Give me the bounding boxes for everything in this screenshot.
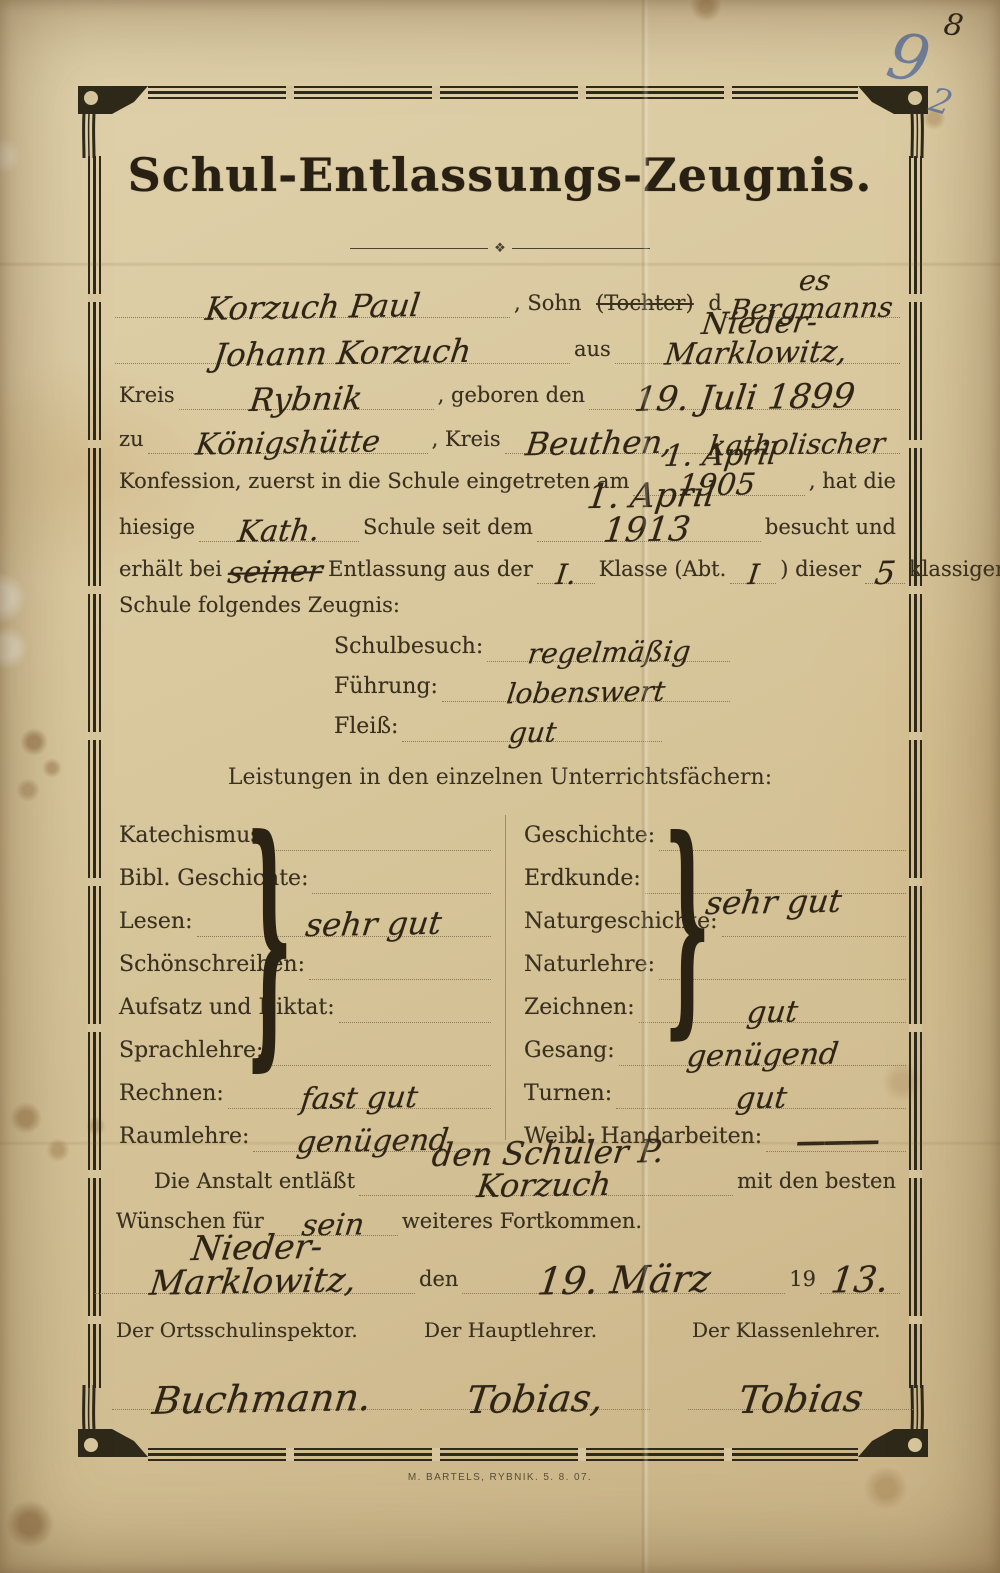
pupil-name-field: Korzuch Paul: [115, 291, 510, 318]
signature-role: Der Hauptlehrer.: [420, 1318, 650, 1345]
conduct-value-line: gut: [402, 719, 662, 742]
issue-place: Nieder-Marklowitz,: [90, 1228, 419, 1302]
subject-grade: gut: [734, 1084, 788, 1115]
ink-number-mark: 8: [942, 7, 966, 44]
signature-block-klassenlehrer: Der Klassenlehrer. Tobias: [688, 1318, 913, 1410]
subject-label: Raumlehre:: [115, 1124, 253, 1152]
signature-name: Tobias,: [465, 1379, 606, 1419]
residence: Nieder-Marklowitz,: [611, 307, 904, 372]
subject-grade-line: gut: [616, 1084, 906, 1109]
issue-year: 13.: [829, 1263, 891, 1300]
printed-text: hiesige: [115, 515, 199, 542]
signature-block-inspector: Der Ortsschulinspektor. Buchmann.: [112, 1318, 412, 1410]
title-divider-ornament: ❖: [350, 248, 650, 249]
printed-text: erhält bei: [115, 557, 226, 584]
signature-block-hauptlehrer: Der Hauptlehrer. Tobias,: [420, 1318, 650, 1410]
conduct-value: regelmäßig: [526, 638, 692, 669]
birthdate-field: 19. Juli 1899: [589, 381, 900, 410]
school-type-field: Kath.: [199, 517, 359, 542]
subject-label: Gesang:: [520, 1038, 619, 1066]
subject-row: Bibl. Geschichte:: [115, 851, 491, 894]
signature-role: Der Klassenlehrer.: [688, 1318, 913, 1345]
printed-text: , geboren den: [434, 383, 589, 410]
right-brace-grade: sehr gut: [704, 885, 844, 919]
subject-row: Geschichte:: [520, 808, 906, 851]
closing-line-1: Die Anstalt entläßt den Schüler P. Korzu…: [150, 1150, 900, 1196]
zeugnis-line: Schule folgendes Zeugnis:: [115, 584, 900, 620]
attend-date: 1. April 1913: [532, 477, 765, 549]
issue-year-field: 13.: [820, 1263, 900, 1294]
column-divider: [505, 815, 506, 1140]
signature-role: Der Ortsschulinspektor.: [112, 1318, 412, 1345]
dateline: Nieder-Marklowitz, den 19. März 19 13.: [95, 1238, 900, 1294]
subjects-right-column: Geschichte: Erdkunde: Naturgeschichte: N…: [520, 808, 906, 1152]
father-line: Johann Korzuch aus Nieder-Marklowitz,: [115, 318, 900, 364]
student-ref-field: den Schüler P. Korzuch: [359, 1137, 733, 1196]
printed-text: weiteres Fortkommen.: [398, 1209, 646, 1236]
printed-text: , Kreis: [428, 427, 505, 454]
subject-row: Aufsatz und Diktat:: [115, 980, 491, 1023]
printed-text: ) dieser: [776, 557, 865, 584]
father-name-field: Johann Korzuch: [115, 337, 570, 364]
printer-mark: M. BARTELS, RYBNIK. 5. 8. 07.: [0, 1472, 1000, 1483]
conduct-label: Schulbesuch:: [330, 634, 487, 662]
school-attend-line: hiesige Kath. Schule seit dem 1. April 1…: [115, 496, 900, 542]
subject-row: Naturlehre:: [520, 937, 906, 980]
class-count-field: 5: [865, 557, 905, 584]
printed-text: mit den besten: [733, 1169, 900, 1196]
left-brace-grade: sehr gut: [304, 907, 444, 941]
conduct-value: gut: [507, 719, 558, 748]
printed-text: zu: [115, 427, 148, 454]
subject-label: Geschichte:: [520, 823, 659, 851]
printed-text: klassigen: [905, 557, 1000, 584]
issue-date-field: 19. März: [462, 1261, 785, 1294]
conduct-value-line: regelmäßig: [487, 639, 730, 662]
student-ref: den Schüler P. Korzuch: [355, 1134, 738, 1205]
right-grade-brace: }: [664, 809, 710, 1039]
subject-label: Zeichnen:: [520, 995, 639, 1023]
subject-grade-line: genügend: [619, 1041, 906, 1066]
subject-grade-line: ———: [766, 1127, 906, 1152]
printed-year-prefix: 19: [785, 1267, 820, 1294]
signature-line: Tobias: [688, 1345, 913, 1410]
printed-text: Schule seit dem: [359, 515, 537, 542]
birthplace-field: Königshütte: [148, 429, 428, 454]
kreis-field: Rybnik: [179, 383, 434, 410]
conduct-value-line: lobenswert: [442, 679, 730, 702]
subjects-heading: Leistungen in den einzelnen Unterrichtsf…: [0, 765, 1000, 790]
issue-place-field: Nieder-Marklowitz,: [95, 1231, 415, 1294]
abt-field: I: [730, 561, 776, 584]
printed-text: aus: [570, 337, 615, 364]
left-grade-brace: }: [246, 805, 292, 1071]
printed-text: , Sohn: [510, 291, 592, 318]
conduct-block: Schulbesuch: regelmäßig Führung: lobensw…: [330, 622, 730, 742]
printed-text: Die Anstalt entläßt: [150, 1169, 359, 1196]
subject-label: Turnen:: [520, 1081, 616, 1109]
frame-bottom-rail: [148, 1448, 858, 1461]
subject-row: Sprachlehre:: [115, 1023, 491, 1066]
signature-line: Tobias,: [420, 1345, 650, 1410]
kreis-birth-line: Kreis Rybnik , geboren den 19. Juli 1899: [115, 364, 900, 410]
school-entry-line: Konfession, zuerst in die Schule eingetr…: [115, 454, 900, 496]
subject-label: Erdkunde:: [520, 866, 645, 894]
document-title: Schul-Entlassungs-Zeugnis.: [0, 148, 1000, 202]
printed-text: besucht und: [761, 515, 900, 542]
subject-label: Aufsatz und Diktat:: [115, 995, 339, 1023]
conduct-label: Führung:: [330, 674, 442, 702]
subject-row: Gesang:genügend: [520, 1023, 906, 1066]
signature-name: Buchmann.: [150, 1378, 373, 1420]
certificate-page: 8 9 2: [0, 0, 1000, 1573]
subject-row: Katechismus:: [115, 808, 491, 851]
subject-label: Rechnen:: [115, 1081, 228, 1109]
subjects-left-column: Katechismus: Bibl. Geschichte: Lesen: Sc…: [115, 808, 491, 1152]
subject-label: Sprachlehre:: [115, 1038, 267, 1066]
conduct-row: Schulbesuch: regelmäßig: [330, 622, 730, 662]
conduct-value: lobenswert: [505, 678, 667, 709]
subject-row: Zeichnen:gut: [520, 980, 906, 1023]
printed-text: Klasse (Abt.: [595, 557, 731, 584]
subject-grade: gut: [745, 998, 799, 1029]
subject-label: Lesen:: [115, 909, 197, 937]
frame-top-rail: [148, 86, 858, 99]
frame-corner-ornament: [72, 80, 150, 158]
printed-text: , hat die: [805, 469, 900, 496]
class-field: I.: [537, 561, 595, 584]
subject-grade: fast gut: [299, 1083, 420, 1115]
residence-field: Nieder-Marklowitz,: [615, 309, 900, 364]
printed-text: Schule folgendes Zeugnis:: [115, 593, 404, 620]
subject-label: Naturlehre:: [520, 952, 659, 980]
printed-text: Entlassung aus der: [324, 557, 537, 584]
dismissal-class-line: erhält bei seiner Entlassung aus der I. …: [115, 540, 900, 584]
attend-date-field: 1. April 1913: [537, 479, 761, 542]
signature-line: Buchmann.: [112, 1345, 412, 1410]
conduct-label: Fleiß:: [330, 714, 402, 742]
printed-text: Kreis: [115, 383, 179, 410]
issue-date: 19. März: [535, 1259, 712, 1300]
printed-text: den: [415, 1267, 462, 1294]
signature-name: Tobias: [736, 1379, 865, 1419]
subject-row: Rechnen:fast gut: [115, 1066, 491, 1109]
